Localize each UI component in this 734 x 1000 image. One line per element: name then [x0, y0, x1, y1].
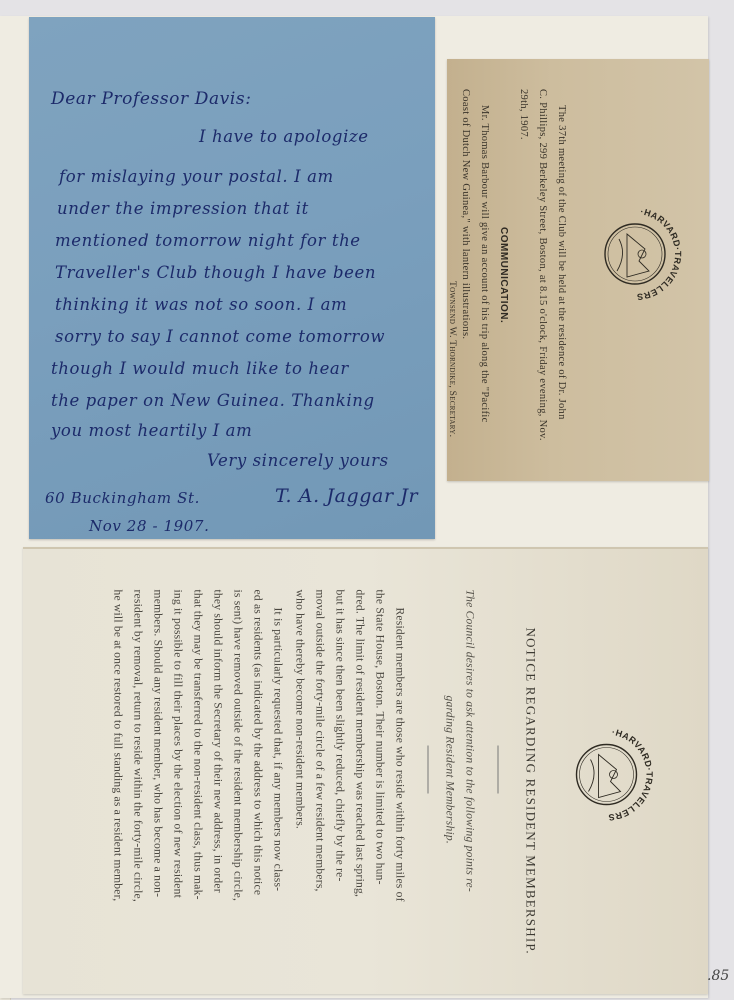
communication-heading: COMMUNICATION.: [498, 227, 509, 323]
notice-paragraph-line: but it has since then been slightly redu…: [333, 589, 346, 881]
letter-salutation: Dear Professor Davis:: [51, 89, 252, 109]
membership-notice: ·HARVARD·TRAVELLERS·CLUB· NOTICE REGARDI…: [23, 547, 708, 994]
notice-paragraph-line: members. Should any resident member, who…: [151, 589, 164, 897]
notice-paragraph-line: ed as residents (as indicated by the add…: [251, 589, 264, 895]
meeting-line: 29th, 1907.: [514, 89, 533, 140]
notice-paragraph-line: he will be at once restored to full stan…: [111, 589, 124, 901]
divider: [497, 745, 498, 793]
notice-paragraph-line: ing it possible to fill their places by …: [171, 589, 184, 898]
meeting-card-content: ·HARVARD·TRAVELLERS·CLUB· The 37th meeti…: [447, 59, 709, 481]
notice-paragraph-line: that they may be transferred to the non-…: [191, 589, 204, 899]
letter-line: I have to apologize: [199, 127, 369, 146]
notice-paragraph-line: the State House, Boston. Their number is…: [373, 589, 386, 884]
harvard-travellers-club-seal-icon: ·HARVARD·TRAVELLERS·CLUB·: [558, 719, 668, 829]
letter-line: thinking it was not so soon. I am: [55, 295, 347, 314]
svg-text:·HARVARD·TRAVELLERS·CLUB·: ·HARVARD·TRAVELLERS·CLUB·: [636, 199, 697, 302]
divider: [427, 745, 428, 793]
letter-line: you most heartily I am: [51, 421, 252, 440]
letter-line: sorry to say I cannot come tomorrow: [55, 327, 385, 346]
letter-line: though I would much like to hear: [51, 359, 349, 378]
letter-signature: T. A. Jaggar Jr: [275, 485, 418, 507]
notice-intro-line: garding Resident Membership.: [443, 695, 456, 843]
letter-address: 60 Buckingham St.: [45, 489, 200, 507]
notice-title: NOTICE REGARDING RESIDENT MEMBERSHIP.: [522, 627, 538, 954]
notice-paragraph-line: who have thereby become non-resident mem…: [293, 589, 306, 829]
letter-line: mentioned tomorrow night for the: [55, 231, 361, 250]
notice-paragraph-line: Resident members are those who reside wi…: [393, 607, 406, 901]
letter-line: under the impression that it: [57, 199, 309, 218]
letter-line: for mislaying your postal. I am: [59, 167, 334, 186]
page-number: .85: [707, 968, 729, 984]
secretary-signature: Townsend W. Thorndike, Secretary.: [442, 281, 461, 437]
notice-paragraph-line: moval outside the forty-mile circle of a…: [313, 589, 326, 891]
handwritten-letter: Dear Professor Davis: I have to apologiz…: [29, 17, 435, 539]
meeting-card: ·HARVARD·TRAVELLERS·CLUB· The 37th meeti…: [447, 59, 709, 481]
letter-line: Traveller's Club though I have been: [55, 263, 376, 282]
meeting-line: The 37th meeting of the Club will be hel…: [552, 105, 571, 420]
notice-paragraph-line: resident by removal, return to reside wi…: [131, 589, 144, 901]
communication-line: Mr. Thomas Barbour will give an account …: [475, 105, 494, 423]
notice-paragraph-line: dred. The limit of resident membership w…: [353, 589, 366, 897]
meeting-line: C. Phillips, 299 Berkeley Street, Boston…: [533, 89, 552, 441]
notice-paragraph-line: they should inform the Secretary of thei…: [211, 589, 224, 892]
notice-intro-line: The Council desires to ask attention to …: [463, 589, 476, 891]
notice-paragraph-line: It is particularly requested that, if an…: [271, 607, 284, 891]
membership-notice-content: ·HARVARD·TRAVELLERS·CLUB· NOTICE REGARDI…: [23, 549, 708, 994]
letter-closing: Very sincerely yours: [207, 451, 389, 470]
harvard-travellers-club-seal-icon: ·HARVARD·TRAVELLERS·CLUB·: [587, 199, 697, 309]
letter-line: the paper on New Guinea. Thanking: [51, 391, 375, 410]
notice-paragraph-line: is sent) have removed outside of the res…: [231, 589, 244, 901]
letter-date: Nov 28 - 1907.: [89, 517, 209, 535]
